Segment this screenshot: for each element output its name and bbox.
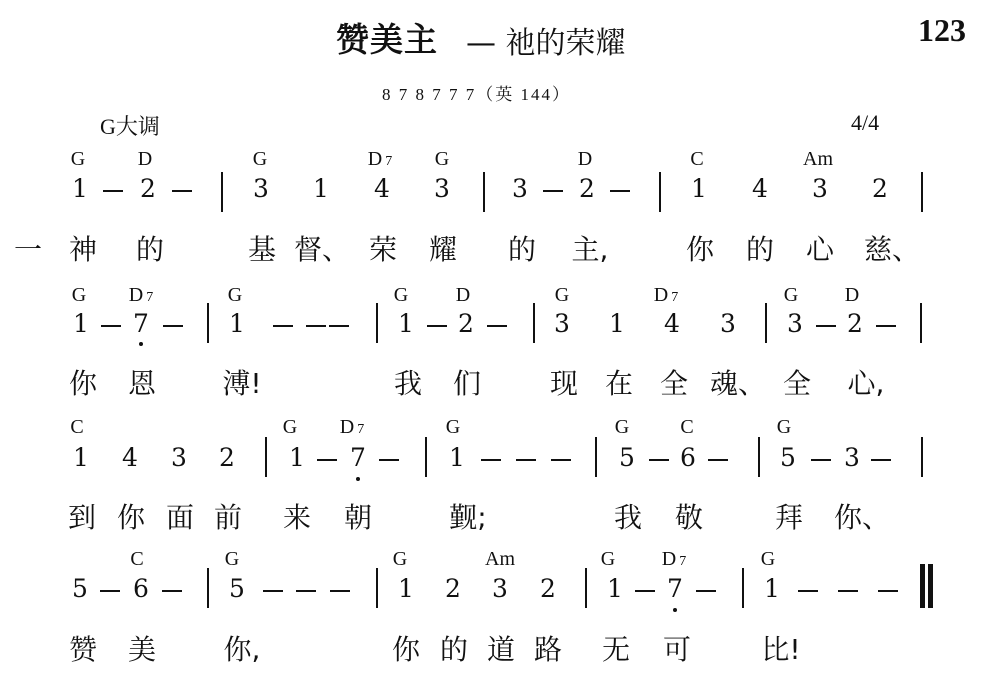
sustain-dash	[696, 590, 716, 592]
bar-line	[585, 568, 587, 608]
lyric-syllable: 的	[746, 228, 774, 268]
lyric-syllable: 的	[508, 228, 536, 268]
note-number: 3	[253, 174, 269, 203]
low-octave-dot	[139, 342, 143, 346]
low-octave-dot	[356, 477, 360, 481]
sustain-dash	[811, 459, 831, 461]
note-number: 5	[780, 443, 796, 472]
chord-extension: 7	[385, 154, 392, 169]
sustain-dash	[427, 325, 447, 327]
lyric-syllable: 朝	[344, 496, 372, 536]
note-number: 1	[691, 174, 707, 203]
lyric-syllable: 觐;	[449, 496, 486, 536]
bar-line	[659, 172, 661, 212]
chord-symbol: C	[690, 148, 703, 171]
sustain-dash	[481, 459, 501, 461]
note-number: 1	[764, 574, 780, 603]
lyric-syllable: 耀	[429, 228, 457, 268]
sustain-dash	[296, 590, 316, 592]
chord-symbol: G	[283, 416, 297, 439]
lyric-syllable: 赞	[69, 628, 97, 668]
lyric-syllable: 荣	[369, 228, 397, 268]
sustain-dash	[163, 325, 183, 327]
chord-extension: 7	[146, 290, 153, 305]
bar-line	[265, 437, 267, 477]
chord-symbol: G	[761, 548, 775, 571]
note-number: 2	[579, 174, 595, 203]
note-number: 5	[229, 574, 245, 603]
bar-line	[376, 568, 378, 608]
chord-extension: 7	[671, 290, 678, 305]
note-number: 2	[140, 174, 156, 203]
note-number: 6	[133, 574, 149, 603]
lyric-syllable: 督、	[294, 228, 350, 268]
sustain-dash	[379, 459, 399, 461]
chord-symbol: G	[784, 284, 798, 307]
lyric-syllable: 全	[660, 362, 688, 402]
chord-symbol: D	[456, 284, 470, 307]
note-number: 4	[122, 443, 138, 472]
chord-symbol: D7	[662, 548, 686, 571]
chord-symbol: G	[615, 416, 629, 439]
chord-symbol: D	[578, 148, 592, 171]
chord-symbol: G	[393, 548, 407, 571]
note-number: 2	[847, 309, 863, 338]
note-number: 3	[512, 174, 528, 203]
note-number: 1	[398, 574, 414, 603]
chord-symbol: G	[435, 148, 449, 171]
note-number: 3	[720, 309, 736, 338]
lyric-syllable: 道	[487, 628, 515, 668]
sustain-dash	[317, 459, 337, 461]
note-number: 3	[554, 309, 570, 338]
bar-line	[921, 172, 923, 212]
sustain-dash	[878, 590, 898, 592]
lyric-syllable: 全	[783, 362, 811, 402]
bar-line	[207, 568, 209, 608]
sustain-dash	[103, 190, 123, 192]
chord-symbol: G	[228, 284, 242, 307]
chord-extension: 7	[679, 554, 686, 569]
chord-symbol: G	[446, 416, 460, 439]
sustain-dash	[330, 590, 350, 592]
lyric-syllable: 基	[248, 228, 276, 268]
bar-line	[758, 437, 760, 477]
sustain-dash	[101, 325, 121, 327]
lyric-syllable: 可	[663, 628, 691, 668]
lyric-syllable: 现	[550, 362, 578, 402]
bar-line	[376, 303, 378, 343]
note-number: 3	[171, 443, 187, 472]
lyric-syllable: 你,	[224, 628, 261, 668]
lyric-syllable: 恩	[128, 362, 156, 402]
note-number: 1	[229, 309, 245, 338]
sustain-dash	[816, 325, 836, 327]
lyric-syllable: 溥!	[222, 362, 261, 402]
note-number: 1	[398, 309, 414, 338]
chord-symbol: D7	[129, 284, 153, 307]
bar-line	[207, 303, 209, 343]
key-signature: G大调	[100, 110, 160, 141]
meter-info: 8 7 8 7 7 7（英 144）	[382, 80, 571, 105]
note-number: 1	[72, 174, 88, 203]
note-number: 3	[812, 174, 828, 203]
sustain-dash	[487, 325, 507, 327]
bar-line	[425, 437, 427, 477]
lyric-syllable: 你	[686, 228, 714, 268]
sustain-dash	[329, 325, 349, 327]
sustain-dash	[263, 590, 283, 592]
low-octave-dot	[673, 608, 677, 612]
lyric-syllable: 们	[453, 362, 481, 402]
hymn-title: 赞美主	[336, 14, 438, 61]
note-number: 4	[664, 309, 680, 338]
note-number: 1	[73, 309, 89, 338]
sustain-dash	[543, 190, 563, 192]
bar-line	[765, 303, 767, 343]
lyric-syllable: 在	[605, 362, 633, 402]
chord-symbol: Am	[803, 148, 833, 171]
note-number: 3	[492, 574, 508, 603]
note-number: 2	[219, 443, 235, 472]
note-number: 3	[434, 174, 450, 203]
bar-line	[742, 568, 744, 608]
bar-line	[221, 172, 223, 212]
lyric-syllable: 我	[614, 496, 642, 536]
note-number: 2	[872, 174, 888, 203]
chord-symbol: D	[845, 284, 859, 307]
sustain-dash	[273, 325, 293, 327]
lyric-syllable: 你	[392, 628, 420, 668]
sustain-dash	[871, 459, 891, 461]
lyric-syllable: 面	[166, 496, 194, 536]
chord-symbol: D7	[368, 148, 392, 171]
lyric-syllable: 一	[14, 228, 42, 268]
sustain-dash	[649, 459, 669, 461]
sustain-dash	[306, 325, 326, 327]
bar-line	[921, 437, 923, 477]
time-signature: 4/4	[851, 110, 879, 136]
note-number: 2	[445, 574, 461, 603]
lyric-syllable: 路	[534, 628, 562, 668]
sustain-dash	[708, 459, 728, 461]
lyric-syllable: 来	[283, 496, 311, 536]
note-number: 1	[313, 174, 329, 203]
note-number: 5	[72, 574, 88, 603]
bar-line	[533, 303, 535, 343]
chord-symbol: D7	[654, 284, 678, 307]
lyric-syllable: 你、	[834, 496, 890, 536]
lyric-syllable: 的	[440, 628, 468, 668]
lyric-syllable: 无	[602, 628, 630, 668]
chord-symbol: C	[680, 416, 693, 439]
lyric-syllable: 主,	[572, 228, 609, 268]
chord-symbol: C	[70, 416, 83, 439]
sustain-dash	[635, 590, 655, 592]
lyric-syllable: 比!	[761, 628, 800, 668]
sustain-dash	[516, 459, 536, 461]
sustain-dash	[798, 590, 818, 592]
lyric-syllable: 拜	[775, 496, 803, 536]
lyric-syllable: 心	[806, 228, 834, 268]
note-number: 7	[350, 443, 366, 472]
bar-line	[595, 437, 597, 477]
lyric-syllable: 慈、	[864, 228, 920, 268]
chord-symbol: D7	[340, 416, 364, 439]
lyric-syllable: 心,	[848, 362, 885, 402]
sustain-dash	[876, 325, 896, 327]
note-number: 1	[289, 443, 305, 472]
lyric-syllable: 到	[68, 496, 96, 536]
note-number: 2	[540, 574, 556, 603]
sustain-dash	[551, 459, 571, 461]
lyric-syllable: 神	[69, 228, 97, 268]
note-number: 2	[458, 309, 474, 338]
lyric-syllable: 我	[394, 362, 422, 402]
note-number: 7	[667, 574, 683, 603]
lyric-syllable: 你	[69, 362, 97, 402]
chord-symbol: G	[394, 284, 408, 307]
final-bar-line	[928, 564, 933, 608]
page-number: 123	[918, 12, 966, 49]
bar-line	[483, 172, 485, 212]
chord-symbol: G	[253, 148, 267, 171]
note-number: 7	[133, 309, 149, 338]
lyric-syllable: 美	[128, 628, 156, 668]
final-bar-line	[920, 564, 925, 608]
chord-symbol: Am	[485, 548, 515, 571]
lyric-syllable: 的	[136, 228, 164, 268]
chord-symbol: G	[71, 148, 85, 171]
bar-line	[920, 303, 922, 343]
note-number: 4	[752, 174, 768, 203]
note-number: 3	[787, 309, 803, 338]
note-number: 1	[73, 443, 89, 472]
chord-symbol: G	[225, 548, 239, 571]
sustain-dash	[610, 190, 630, 192]
chord-symbol: G	[72, 284, 86, 307]
chord-symbol: G	[601, 548, 615, 571]
lyric-syllable: 前	[214, 496, 242, 536]
sustain-dash	[172, 190, 192, 192]
note-number: 1	[607, 574, 623, 603]
note-number: 1	[609, 309, 625, 338]
hymn-subtitle: — 祂的荣耀	[466, 18, 626, 62]
chord-extension: 7	[357, 422, 364, 437]
sustain-dash	[100, 590, 120, 592]
sustain-dash	[838, 590, 858, 592]
lyric-syllable: 魂、	[710, 362, 766, 402]
note-number: 5	[619, 443, 635, 472]
chord-symbol: G	[555, 284, 569, 307]
note-number: 4	[374, 174, 390, 203]
chord-symbol: C	[130, 548, 143, 571]
chord-symbol: G	[777, 416, 791, 439]
chord-symbol: D	[138, 148, 152, 171]
note-number: 1	[449, 443, 465, 472]
sustain-dash	[162, 590, 182, 592]
note-number: 6	[680, 443, 696, 472]
note-number: 3	[844, 443, 860, 472]
lyric-syllable: 你	[117, 496, 145, 536]
lyric-syllable: 敬	[675, 496, 703, 536]
